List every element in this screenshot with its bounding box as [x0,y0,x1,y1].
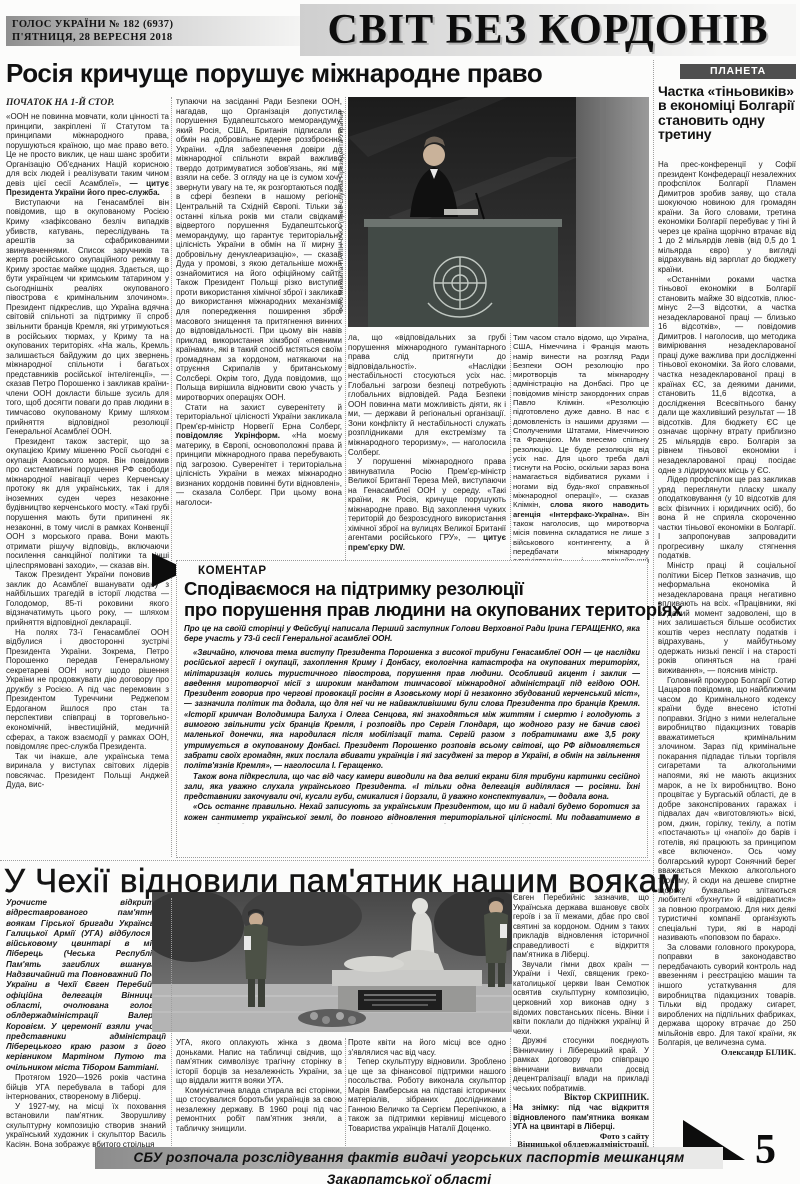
paragraph: Стати на захист суверенітету й територіа… [176,403,342,508]
column-divider [345,97,346,580]
comment-body: «Звичайно, ключова тема виступу Президен… [184,648,640,824]
paragraph: тупаючи на засіданні Ради Безпеки ООН, н… [176,97,342,403]
un-speech-photo-art [348,97,649,327]
paragraph: «Звичайно, ключова тема виступу Президен… [184,648,640,772]
main-headline: Росія кричуще порушує міжнародне право [6,58,646,89]
main-article-column-1: «ООН не повинна мовчати, коли цінності т… [6,112,169,858]
paragraph: На прес-конференції у Софії президент Ко… [658,160,796,275]
comment-headline-line2: про порушення прав людини на окупованих … [184,600,640,621]
paragraph: «Ось останнє правильно. Нехай записують … [184,802,640,824]
newspaper-page: ГОЛОС УКРАЇНИ № 182 (6937) П'ЯТНИЦЯ, 28 … [0,0,800,1184]
column-divider [171,97,172,857]
speaker-figure [423,144,445,166]
footer-ticker: СБУ розпочала розслідування фактів видач… [95,1147,723,1169]
memorial-column-4: Євген Перебийніс зазначив, що Українська… [513,893,649,1148]
paragraph: Виступаючи на Генасамблеї він повідомив,… [6,198,169,437]
paragraph: Протягом 1920—1926 років частина бійців … [6,1073,166,1102]
main-article-column-2: тупаючи на засіданні Ради Безпеки ООН, н… [176,97,342,579]
section-divider [0,860,650,861]
memorial-photo-note: На знімку: під час відкриття відновленог… [513,1103,649,1132]
paragraph: Так чи інакше, але українська тема вирин… [6,752,169,790]
page-number: 5 [755,1126,776,1174]
sidebar-kicker: ПЛАНЕТА [680,64,796,79]
memorial-column-1: Урочисте відкриття відреставрованого пам… [6,898,166,1148]
memorial-column-2: УГА, якого оплакують жінка з двома доньк… [176,1038,342,1146]
issue-date: П'ЯТНИЦЯ, 28 ВЕРЕСНЯ 2018 [12,31,300,44]
sidebar-article: На прес-конференції у Софії президент Ко… [658,160,796,1117]
comment-kicker: КОМЕНТАР [198,565,640,577]
memorial-column-3: Проте квіти на його місці все одно з'явл… [348,1038,506,1146]
paragraph: Міністр праці й соціальної політики Бісе… [658,561,796,676]
paragraph: Комуністична влада стирала всі сторінки,… [176,1086,342,1134]
memorial-photo [152,892,512,1032]
paragraph: Проте квіти на його місці все одно з'явл… [348,1038,506,1057]
paragraph: Тим часом стало відомо, що Україна, США,… [513,333,649,575]
comment-intro: Про це на своїй сторінці у Фейсбуці напи… [184,624,640,644]
paragraph: Також вона підкреслила, що час від часу … [184,772,640,803]
paragraph: Звучали гімни двох країн — України і Чех… [513,960,649,1036]
paragraph: Лідер профспілок ще раз закликав уряд пе… [658,475,796,561]
paragraph: За словами головного прокурора, поправки… [658,943,796,1048]
section-masthead: СВІТ БЕЗ КОРДОНІВ [300,4,796,56]
memorial-photo-art [152,892,512,1032]
column-divider [345,1038,346,1146]
main-article-column-3: ла, що «відповідальних за грубі порушенн… [348,333,506,580]
paragraph: Євген Перебийніс зазначив, що Українська… [513,893,649,960]
photo-credit-vertical: Фото Михайла ПАЛІНЧАКА (прес-служба През… [338,98,345,326]
paragraph: «Останніми роками частка тіньової економ… [658,275,796,475]
paragraph: У 1927-му, на місці їх поховання встанов… [6,1102,166,1148]
wreath-flowers [298,1009,366,1027]
sidebar-byline: Олександр БІЛИК. [658,1048,796,1058]
column-divider [510,333,511,580]
paragraph: Тепер скульптуру відновили. Зроблено це … [348,1057,506,1133]
paragraph: Дружні стосунки поєднують Вінниччину і Л… [513,1036,649,1093]
un-speech-photo [348,97,649,327]
column-divider [510,1038,511,1146]
paragraph: Головний прокурор Болгарії Сотир Цацаров… [658,676,796,943]
paragraph: «ООН не повинна мовчати, коли цінності т… [6,112,169,198]
paragraph: УГА, якого оплакують жінка з двома доньк… [176,1038,342,1086]
memorial-lead: Урочисте відкриття відреставрованого пам… [6,898,166,1073]
main-article-column-4: Тим часом стало відомо, що Україна, США,… [513,333,649,580]
paragraph: Президент також застеріг, що за окупаціє… [6,437,169,571]
paragraph: ла, що «відповідальних за грубі порушенн… [348,333,506,457]
continued-from-note: ПОЧАТОК НА 1-Й СТОР. [6,98,114,108]
comment-block: КОМЕНТАР Сподіваємося на підтримку резол… [176,560,648,858]
issue-box: ГОЛОС УКРАЇНИ № 182 (6937) П'ЯТНИЦЯ, 28 … [6,16,306,46]
paragraph: Також Президент України поновив свій зак… [6,570,169,627]
paper-title: ГОЛОС УКРАЇНИ № 182 (6937) [12,18,300,31]
column-divider [171,898,172,1146]
paragraph: У порушенні міжнародного права звинувати… [348,457,506,552]
memorial-byline: Віктор СКРИПНИК. [513,1093,649,1103]
sidebar-headline: Частка «тіньовиків» в економіці Болгарії… [658,84,796,142]
paragraph: На полях 73-ї Генасамблеї ООН відбулися … [6,628,169,752]
comment-headline-line1: Сподіваємося на підтримку резолюції [184,579,640,600]
